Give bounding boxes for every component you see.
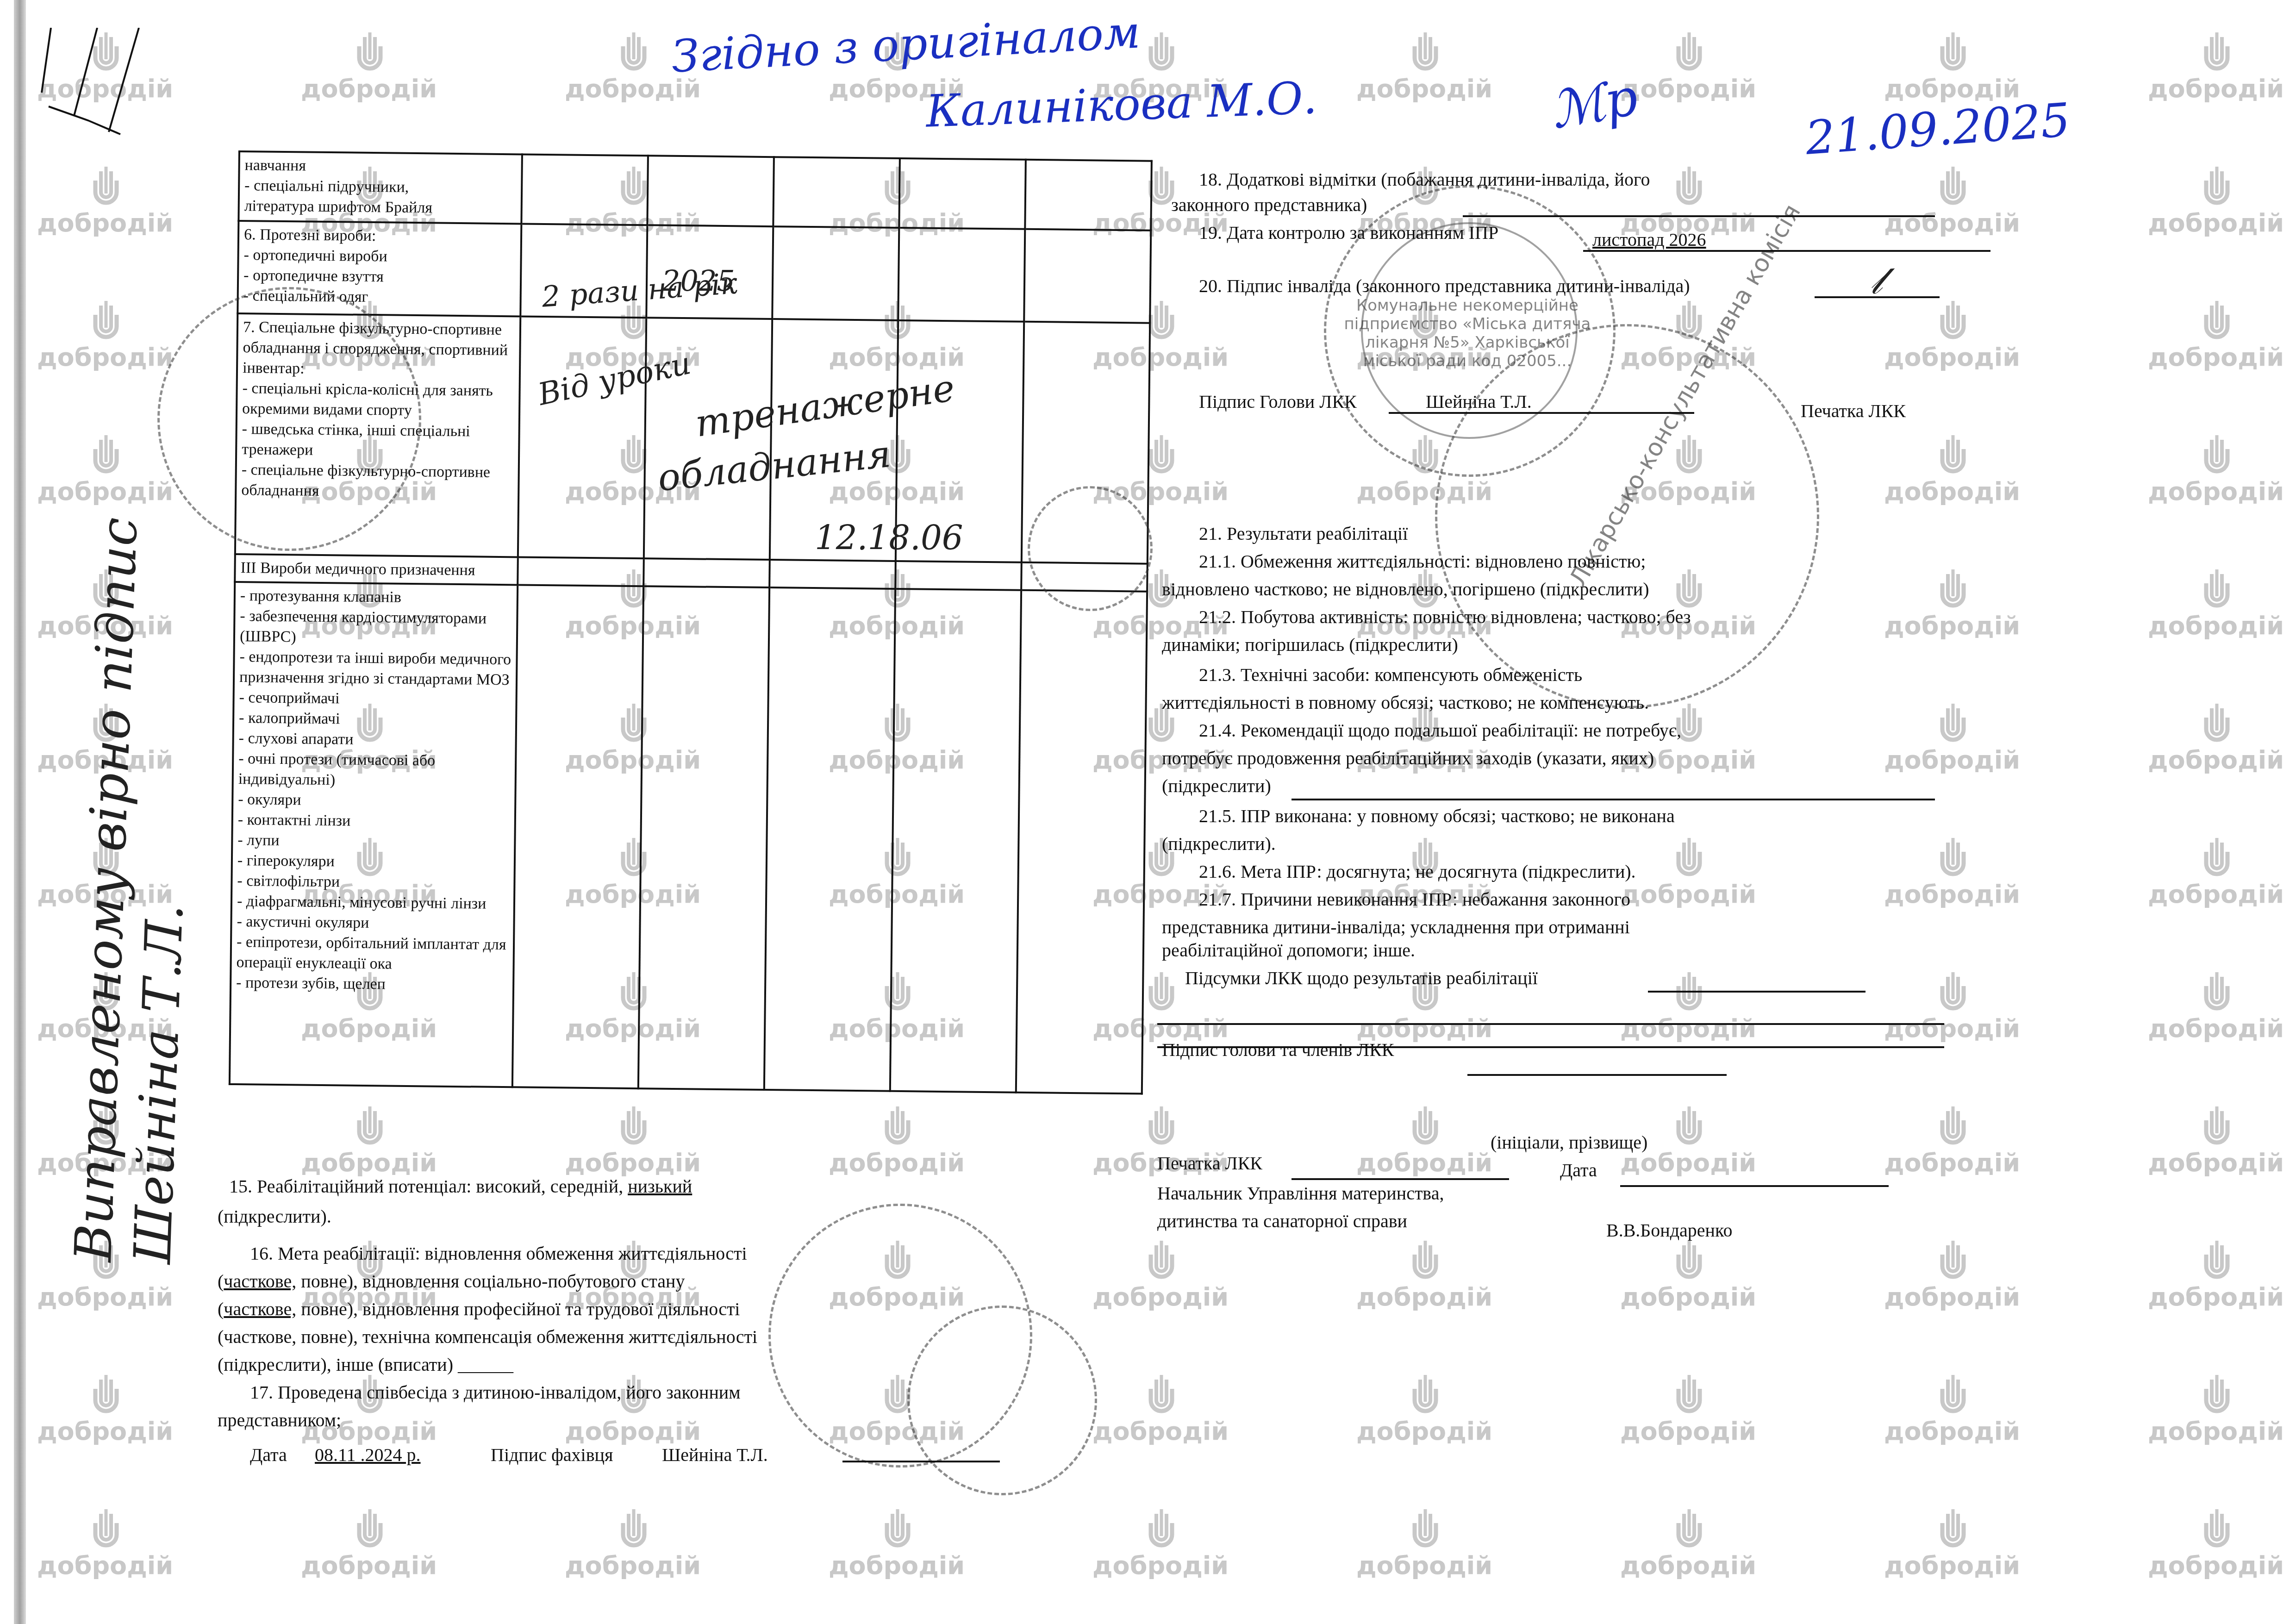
watermark-logo-icon — [93, 167, 119, 208]
item-21-4-c: (підкреслити) — [1162, 773, 1271, 799]
watermark-logo-icon — [2203, 1509, 2230, 1551]
watermark-text: добродій — [565, 1148, 701, 1177]
item-16-line3: (часткове, повне), відновлення професійн… — [218, 1296, 740, 1322]
watermark-logo-icon — [2203, 704, 2230, 745]
table-cell — [512, 585, 643, 1088]
handwritten-cell-year: 2025 — [662, 264, 735, 298]
item-16-line2: (часткове, повне), відновлення соціально… — [218, 1268, 685, 1294]
watermark-text: добродій — [1620, 1417, 1756, 1446]
watermark-logo-icon — [1940, 1106, 1966, 1148]
handwritten-date: 21.09.2025 — [1804, 93, 2072, 165]
watermark-text: добродій — [1620, 880, 1756, 909]
watermark-text: добродій — [301, 1551, 437, 1580]
watermark-text: добродій — [565, 1417, 701, 1446]
summary-label: Підсумки ЛКК щодо результатів реабілітац… — [1185, 965, 1538, 991]
item-18-line2: законного представника) — [1171, 192, 1367, 218]
head-sign-label: Підпис Голови ЛКК — [1199, 389, 1357, 415]
item-20-label: 20. Підпис інваліда (законного представн… — [1199, 273, 1690, 299]
watermark-logo-icon — [620, 1106, 647, 1148]
specialist-sign-line — [842, 1461, 1000, 1462]
hospital-stamp-left — [157, 287, 421, 551]
item-21-7-b: представника дитини-інваліда; ускладненн… — [1162, 914, 1630, 940]
watermark-text: добродій — [1884, 1148, 2020, 1177]
table-row: - протезування клапанів - забезпечення к… — [230, 582, 1147, 1094]
table-cell — [764, 587, 895, 1091]
watermark-logo-icon — [1676, 1241, 1703, 1282]
item-17-line2: представником; — [218, 1407, 341, 1433]
watermark-text: добродій — [1884, 477, 2020, 506]
summary-line-1 — [1648, 991, 1865, 993]
item-21-5-b: (підкреслити). — [1162, 831, 1276, 857]
watermark-logo-icon — [2203, 1241, 2230, 1282]
watermark-logo-icon — [1676, 972, 1703, 1014]
watermark-text: добродій — [1884, 745, 2020, 775]
watermark-logo-icon — [620, 32, 647, 74]
item-16-line5: (підкреслити), інше (вписати) ______ — [218, 1352, 513, 1378]
watermark-logo-icon — [1148, 1241, 1175, 1282]
date-label: Дата — [250, 1442, 287, 1468]
summary-line-2 — [1157, 1023, 1944, 1025]
watermark-text: добродій — [301, 1148, 437, 1177]
watermark-logo-icon — [2203, 435, 2230, 477]
item-19-label: 19. Дата контролю за виконанням ІПР — [1199, 220, 1498, 246]
watermark-logo-icon — [1676, 1375, 1703, 1417]
watermark-logo-icon — [1940, 1509, 1966, 1551]
watermark-text: добродій — [301, 74, 437, 103]
stamp2-line — [1291, 1178, 1509, 1180]
handwritten-signature: ℳр — [1546, 67, 1642, 141]
watermark-text: добродій — [2148, 477, 2284, 506]
watermark-logo-icon — [2203, 972, 2230, 1014]
watermark-text: добродій — [2148, 1148, 2284, 1177]
watermark-logo-icon — [356, 1106, 383, 1148]
table-cell — [643, 558, 770, 587]
watermark-logo-icon — [1148, 435, 1175, 477]
watermark-text: добродій — [2148, 1014, 2284, 1043]
item-21-1-a: 21.1. Обмеження життєдіяльності: відновл… — [1199, 549, 1646, 575]
watermark-logo-icon — [2203, 167, 2230, 208]
watermark-text: добродій — [829, 1551, 965, 1580]
table-cell — [1024, 229, 1151, 323]
watermark-logo-icon — [1676, 838, 1703, 880]
watermark-logo-icon — [93, 1509, 119, 1551]
watermark-logo-icon — [356, 32, 383, 74]
doctor-stamp-bottom — [907, 1305, 1097, 1495]
item-19-line — [1583, 250, 1990, 252]
watermark-logo-icon — [1412, 1106, 1439, 1148]
watermark-text: добродій — [1620, 1551, 1756, 1580]
watermark-text: добродій — [1884, 1282, 2020, 1312]
watermark-text: добродій — [1884, 1014, 2020, 1043]
watermark-text: добродій — [2148, 880, 2284, 909]
table-cell — [772, 226, 899, 320]
watermark-logo-icon — [2203, 838, 2230, 880]
table-cell — [518, 316, 646, 558]
table-cell — [1016, 590, 1147, 1094]
table-cell — [1025, 160, 1152, 231]
watermark-text: добродій — [565, 1551, 701, 1580]
watermark-text: добродій — [37, 1417, 173, 1446]
watermark-text: добродій — [2148, 745, 2284, 775]
watermark-logo-icon — [2203, 32, 2230, 74]
watermark-logo-icon — [2203, 1106, 2230, 1148]
item-15-hint: (підкреслити). — [218, 1204, 331, 1230]
watermark-logo-icon — [1940, 838, 1966, 880]
chief-line1: Начальник Управління материнства, — [1157, 1181, 1444, 1206]
table-cell — [521, 154, 648, 225]
chief-line2: дитинства та санаторної справи — [1157, 1208, 1407, 1234]
watermark-text: добродій — [1884, 343, 2020, 372]
watermark-logo-icon — [1412, 1375, 1439, 1417]
watermark-logo-icon — [1940, 435, 1966, 477]
date-value: 08.11 .2024 р. — [315, 1442, 421, 1468]
scan-edge — [14, 0, 26, 1624]
watermark-text: добродій — [1356, 1282, 1492, 1312]
watermark-text: добродій — [2148, 611, 2284, 640]
watermark-logo-icon — [2203, 569, 2230, 611]
watermark-logo-icon — [356, 1509, 383, 1551]
watermark-text: добродій — [1884, 611, 2020, 640]
watermark-logo-icon — [1412, 1509, 1439, 1551]
head-sign-name: Шейніна Т.Л. — [1426, 389, 1532, 415]
table-row-label: III Вироби медичного призначення — [235, 554, 518, 585]
item-19-value: листопад 2026 — [1592, 227, 1706, 253]
watermark-logo-icon — [1676, 1106, 1703, 1148]
watermark-logo-icon — [1148, 301, 1175, 343]
watermark-logo-icon — [2203, 1375, 2230, 1417]
watermark-text: добродій — [1092, 1417, 1229, 1446]
specialist-name: Шейніна Т.Л. — [662, 1442, 768, 1468]
item-21-4-line — [1291, 799, 1935, 800]
stamp-label: Печатка ЛКК — [1801, 398, 1906, 424]
watermark-text: добродій — [37, 1282, 173, 1312]
watermark-logo-icon — [1940, 301, 1966, 343]
watermark-text: добродій — [1620, 1014, 1756, 1043]
item-20-signature: 𝓁 — [1870, 259, 1883, 303]
watermark-text: добродій — [1884, 1551, 2020, 1580]
item-21-7-c: реабілітаційної допомоги; інше. — [1162, 937, 1415, 963]
table-row-label: - протезування клапанів - забезпечення к… — [230, 582, 518, 1087]
item-21: 21. Результати реабілітації — [1199, 521, 1408, 547]
watermark-text: добродій — [2148, 74, 2284, 103]
watermark-text: добродій — [2148, 1417, 2284, 1446]
watermark-logo-icon — [1676, 1509, 1703, 1551]
watermark-logo-icon — [1940, 1241, 1966, 1282]
watermark-text: добродій — [829, 1148, 965, 1177]
watermark-logo-icon — [93, 1375, 119, 1417]
date2-label: Дата — [1560, 1157, 1597, 1183]
table-cell — [899, 158, 1026, 229]
watermark-text: добродій — [37, 1551, 173, 1580]
table-cell — [898, 228, 1025, 322]
watermark-logo-icon — [1940, 569, 1966, 611]
table-cell — [638, 586, 769, 1090]
watermark-logo-icon — [884, 1509, 911, 1551]
watermark-logo-icon — [1412, 32, 1439, 74]
item-16-line1: 16. Мета реабілітації: відновлення обмеж… — [250, 1241, 747, 1267]
watermark-text: добродій — [1356, 1148, 1492, 1177]
table-cell — [769, 560, 896, 589]
watermark-logo-icon — [1412, 1241, 1439, 1282]
watermark-logo-icon — [1148, 32, 1175, 74]
head-sign-line — [1389, 412, 1694, 414]
specialist-sign-label: Підпис фахівця — [491, 1442, 613, 1468]
watermark-text: добродій — [2148, 1551, 2284, 1580]
table-row-label: навчання - спеціальні підручники, літера… — [238, 151, 522, 224]
watermark-logo-icon — [1940, 704, 1966, 745]
watermark-text: добродій — [1356, 1551, 1492, 1580]
item-21-2-a: 21.2. Побутова активність: повністю відн… — [1199, 604, 1691, 630]
watermark-logo-icon — [1676, 167, 1703, 208]
handwritten-cell-date: 12.18.06 — [815, 518, 963, 557]
chief-name: В.В.Бондаренко — [1606, 1218, 1732, 1243]
date2-line — [1620, 1185, 1889, 1187]
item-15: 15. Реабілітаційний потенціал: високий, … — [229, 1174, 692, 1199]
watermark-text: добродій — [1092, 1282, 1229, 1312]
watermark-text: добродій — [2148, 1282, 2284, 1312]
watermark-text: добродій — [1092, 1551, 1229, 1580]
item-21-7-a: 21.7. Причини невиконання ІПР: небажання… — [1199, 887, 1630, 912]
members-sign-line — [1467, 1074, 1727, 1076]
watermark-logo-icon — [1148, 1509, 1175, 1551]
item-21-4-b: потребує продовження реабілітаційних зах… — [1162, 745, 1654, 771]
item-21-3-a: 21.3. Технічні засоби: компенсують обмеж… — [1199, 662, 1582, 688]
watermark-logo-icon — [620, 1509, 647, 1551]
watermark-text: добродій — [1356, 1417, 1492, 1446]
watermark-text: добродій — [37, 208, 173, 237]
watermark-logo-icon — [1940, 167, 1966, 208]
members-sign-label: Підпис голови та членів ЛКК — [1162, 1037, 1394, 1063]
item-21-5-a: 21.5. ІПР виконана: у повному обсязі; ча… — [1199, 803, 1675, 829]
watermark-text: добродій — [1356, 74, 1492, 103]
item-18-line1: 18. Додаткові відмітки (побажання дитини… — [1199, 167, 1650, 193]
item-21-2-b: динаміки; погіршилась (підкреслити) — [1162, 632, 1458, 658]
item-18-line — [1463, 215, 1935, 217]
watermark-text: добродій — [1884, 880, 2020, 909]
watermark-logo-icon — [1148, 1106, 1175, 1148]
table-cell — [890, 589, 1021, 1093]
table-row: навчання - спеціальні підручники, літера… — [238, 151, 1151, 231]
watermark-text: добродій — [1884, 208, 2020, 237]
initials-hint: (ініціали, прізвище) — [1491, 1130, 1647, 1156]
watermark-text: добродій — [1620, 74, 1756, 103]
table-cell — [773, 157, 900, 228]
watermark-logo-icon — [1940, 32, 1966, 74]
item-17-line1: 17. Проведена співбесіда з дитиною-інвал… — [250, 1380, 741, 1405]
watermark-logo-icon — [1676, 32, 1703, 74]
watermark-logo-icon — [1940, 972, 1966, 1014]
watermark-text: добродій — [2148, 343, 2284, 372]
table-cell — [895, 561, 1022, 590]
item-21-6: 21.6. Мета ІПР: досягнута; не досягнута … — [1199, 859, 1636, 885]
table-cell — [647, 156, 774, 226]
watermark-logo-icon — [1148, 972, 1175, 1014]
watermark-text: добродій — [1884, 1417, 2020, 1446]
watermark-logo-icon — [1148, 1375, 1175, 1417]
margin-sketch-icon — [23, 28, 218, 167]
doctor-stamp-table — [1028, 486, 1153, 611]
table-cell — [518, 557, 644, 586]
item-21-3-b: життєдіяльності в повному обсязі; частко… — [1162, 690, 1649, 716]
watermark-logo-icon — [2203, 301, 2230, 343]
item-21-1-b: відновлено частково; не відновлено, погі… — [1162, 576, 1649, 602]
item-16-line4: (часткове, повне), технічна компенсація … — [218, 1324, 757, 1350]
watermark-logo-icon — [1940, 1375, 1966, 1417]
watermark-text: добродій — [2148, 208, 2284, 237]
stamp2-label: Печатка ЛКК — [1157, 1150, 1262, 1176]
handwritten-name: Калинікова М.О. — [925, 72, 1318, 137]
item-21-4-a: 21.4. Рекомендації щодо подальшої реабіл… — [1199, 718, 1681, 743]
watermark-logo-icon — [884, 1106, 911, 1148]
watermark-text: добродій — [1620, 1282, 1756, 1312]
